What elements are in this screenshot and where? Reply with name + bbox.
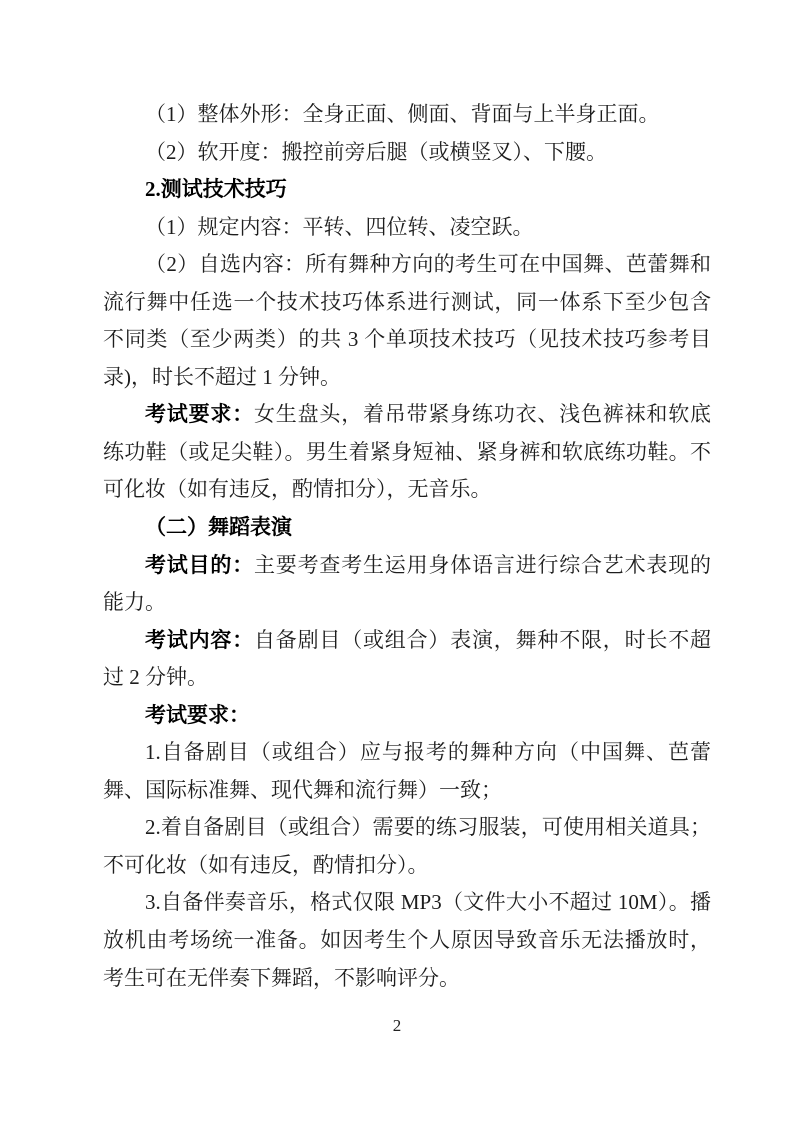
para-exam-purpose: 考试目的：主要考查考生运用身体语言进行综合艺术表现的能力。 — [103, 547, 711, 622]
para-requirement-item-1: 1.自备剧目（或组合）应与报考的舞种方向（中国舞、芭蕾舞、国际标准舞、现代舞和流… — [103, 734, 711, 809]
para-required-content: （1）规定内容：平转、四位转、凌空跃。 — [103, 209, 711, 247]
para-flexibility: （2）软开度：搬控前旁后腿（或横竖叉）、下腰。 — [103, 134, 711, 172]
heading-dance-performance: （二）舞蹈表演 — [103, 509, 711, 547]
para-exam-requirements-basic-skills: 考试要求：女生盘头，着吊带紧身练功衣、浅色裤袜和软底练功鞋（或足尖鞋）。男生着紧… — [103, 396, 711, 509]
para-exam-requirements-performance: 考试要求： — [103, 697, 711, 735]
para-exam-content: 考试内容：自备剧目（或组合）表演，舞种不限，时长不超过 2 分钟。 — [103, 622, 711, 697]
exam-content-label: 考试内容： — [145, 628, 254, 652]
exam-purpose-label: 考试目的： — [145, 553, 254, 577]
document-page: （1）整体外形：全身正面、侧面、背面与上半身正面。 （2）软开度：搬控前旁后腿（… — [0, 0, 794, 1123]
page-number: 2 — [0, 1015, 794, 1037]
exam-requirements-performance-label: 考试要求： — [145, 703, 250, 727]
page-content: （1）整体外形：全身正面、侧面、背面与上半身正面。 （2）软开度：搬控前旁后腿（… — [103, 96, 711, 997]
para-requirement-item-3: 3.自备伴奏音乐，格式仅限 MP3（文件大小不超过 10M）。播放机由考场统一准… — [103, 884, 711, 997]
exam-requirements-label: 考试要求： — [145, 402, 254, 426]
para-optional-content: （2）自选内容：所有舞种方向的考生可在中国舞、芭蕾舞和流行舞中任选一个技术技巧体… — [103, 246, 711, 396]
para-requirement-item-2: 2.着自备剧目（或组合）需要的练习服装，可使用相关道具；不可化妆（如有违反，酌情… — [103, 809, 711, 884]
heading-test-technical-skills: 2.测试技术技巧 — [103, 171, 711, 209]
para-overall-appearance: （1）整体外形：全身正面、侧面、背面与上半身正面。 — [103, 96, 711, 134]
